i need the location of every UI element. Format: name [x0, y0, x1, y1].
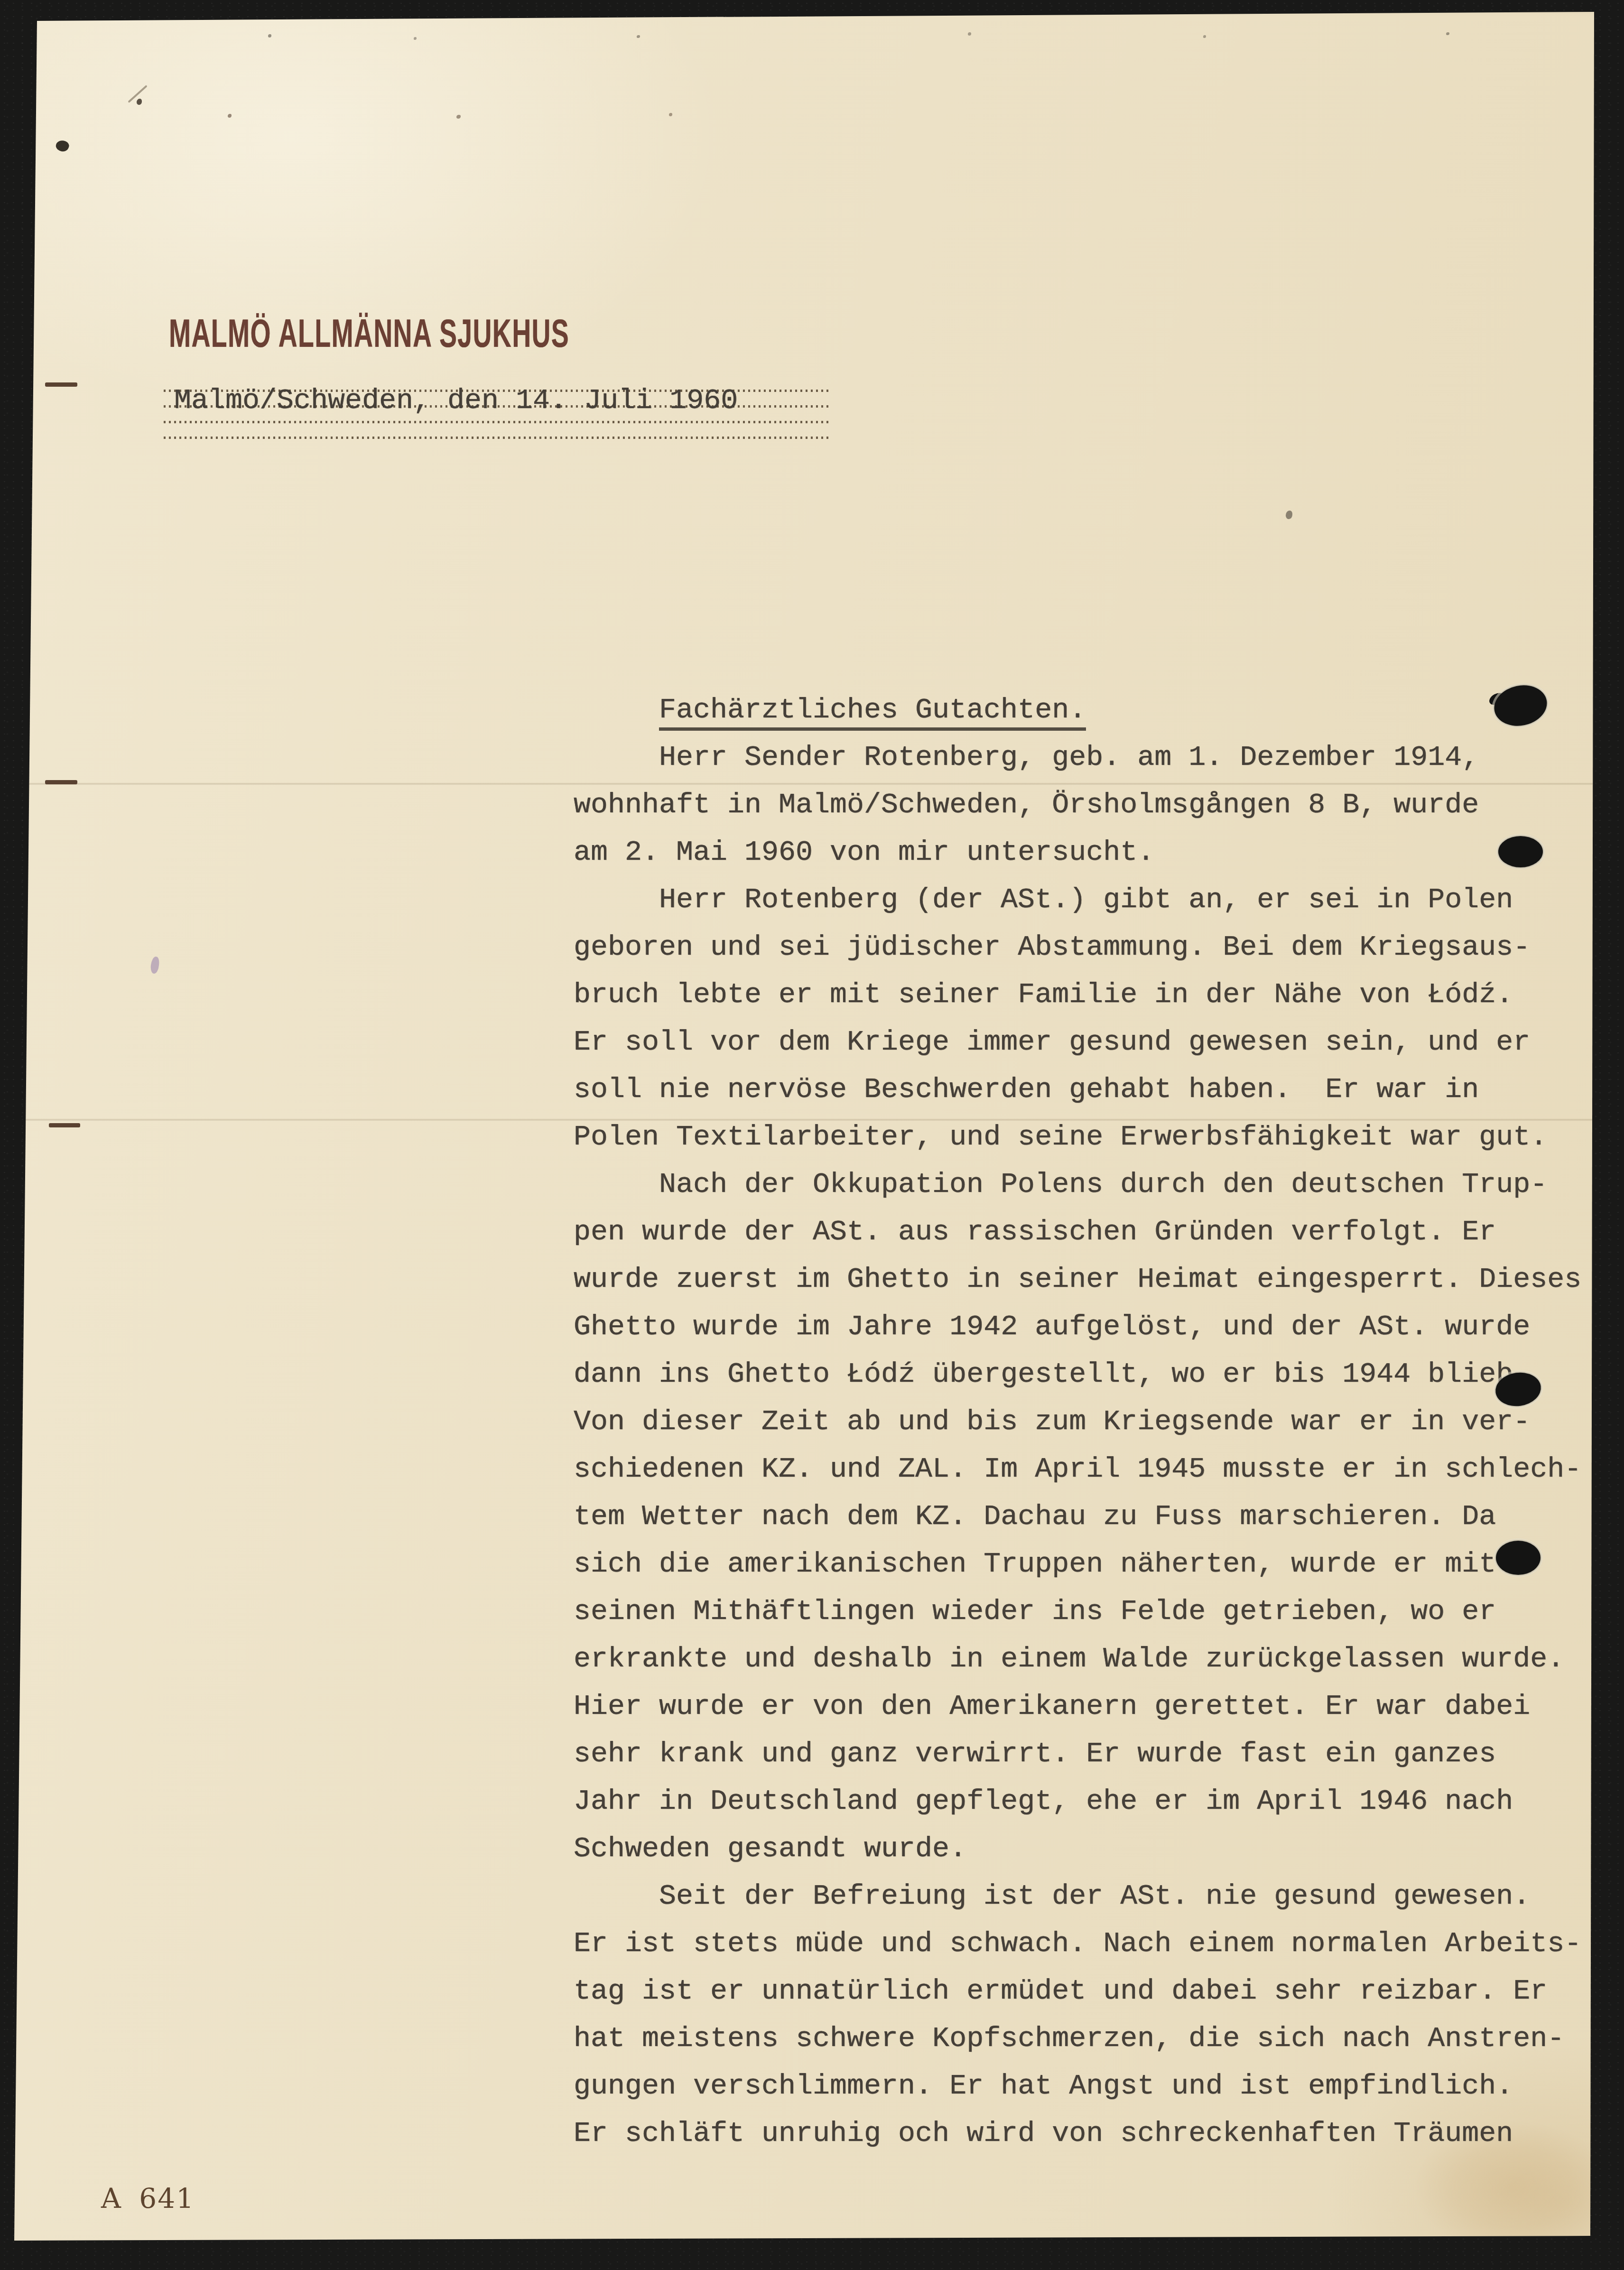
fold-mark [49, 1123, 80, 1127]
paper-speck [456, 115, 461, 119]
typed-line: Seit der Befreiung ist der ASt. nie gesu… [574, 1873, 1598, 1920]
hole-punch [1498, 836, 1543, 867]
typed-line: soll nie nervöse Beschwerden gehabt habe… [574, 1066, 1598, 1114]
typed-body: Fachärztliches Gutachten.Herr Sender Rot… [574, 687, 1598, 2158]
paper-speck [268, 34, 271, 37]
typed-line: am 2. Mai 1960 von mir untersucht. [574, 829, 1598, 876]
paper-sheet: MALMÖ ALLMÄNNA SJUKHUS Malmö/Schweden, d… [0, 0, 1624, 2270]
typed-line: Herr Sender Rotenberg, geb. am 1. Dezemb… [574, 734, 1598, 781]
typed-line: seinen Mithäftlingen wieder ins Felde ge… [574, 1588, 1598, 1636]
document-title: Fachärztliches Gutachten. [659, 694, 1086, 731]
typed-line: pen wurde der ASt. aus rassischen Gründe… [574, 1209, 1598, 1256]
paper-speck [228, 114, 232, 118]
hole-punch [1496, 1541, 1540, 1575]
typed-line: Er ist stets müde und schwach. Nach eine… [574, 1920, 1598, 1968]
typed-line: Schweden gesandt wurde. [574, 1825, 1598, 1873]
typed-line: Er soll vor dem Kriege immer gesund gewe… [574, 1019, 1598, 1066]
paper-speck [137, 99, 142, 105]
letterhead-hospital-name: MALMÖ ALLMÄNNA SJUKHUS [169, 313, 569, 353]
scanned-document-page: { "colors": { "scanner_background": "#19… [0, 0, 1624, 2270]
typed-line: gungen verschlimmern. Er hat Angst und i… [574, 2063, 1598, 2110]
paper-speck [637, 35, 640, 38]
fold-mark [45, 780, 77, 784]
typed-line: Von dieser Zeit ab und bis zum Kriegsend… [574, 1398, 1598, 1446]
typed-line: Herr Rotenberg (der ASt.) gibt an, er se… [574, 876, 1598, 924]
typed-line: Nach der Okkupation Polens durch den deu… [574, 1161, 1598, 1209]
typed-line: sich die amerikanischen Truppen näherten… [574, 1541, 1598, 1588]
typed-line: Er schläft unruhig och wird von schrecke… [574, 2110, 1598, 2158]
fold-mark [45, 382, 77, 387]
document-title-line: Fachärztliches Gutachten. [574, 687, 1598, 734]
dateline: Malmö/Schweden, den 14. Juli 1960 [174, 377, 738, 425]
typed-line: geboren und sei jüdischer Abstammung. Be… [574, 924, 1598, 971]
paper-speck [968, 32, 971, 36]
typed-line: bruch lebte er mit seiner Familie in der… [574, 971, 1598, 1019]
typed-line: tem Wetter nach dem KZ. Dachau zu Fuss m… [574, 1493, 1598, 1541]
paper-speck [669, 113, 672, 116]
typed-line: wohnhaft in Malmö/Schweden, Örsholmsgång… [574, 781, 1598, 829]
paper-speck [55, 139, 71, 153]
dotted-rule [164, 437, 829, 439]
paper-speck [1203, 35, 1206, 38]
typed-line: sehr krank und ganz verwirrt. Er wurde f… [574, 1730, 1598, 1778]
typed-line: Hier wurde er von den Amerikanern gerett… [574, 1683, 1598, 1730]
typed-line: Jahr in Deutschland gepflegt, ehe er im … [574, 1778, 1598, 1825]
typed-line: wurde zuerst im Ghetto in seiner Heimat … [574, 1256, 1598, 1303]
typed-line: hat meistens schwere Kopfschmerzen, die … [574, 2015, 1598, 2063]
typed-line: Polen Textilarbeiter, und seine Erwerbsf… [574, 1114, 1598, 1161]
paper-speck [1286, 511, 1292, 519]
stamp-smudge [150, 956, 159, 974]
typed-line: Ghetto wurde im Jahre 1942 aufgelöst, un… [574, 1303, 1598, 1351]
paper-speck [1446, 32, 1449, 35]
typed-line: dann ins Ghetto Łódź übergestellt, wo er… [574, 1351, 1598, 1398]
typed-line: schiedenen KZ. und ZAL. Im April 1945 mu… [574, 1446, 1598, 1493]
typed-line: erkrankte und deshalb in einem Walde zur… [574, 1636, 1598, 1683]
typed-line: tag ist er unnatürlich ermüdet und dabei… [574, 1968, 1598, 2015]
paper-speck [414, 37, 417, 40]
footer-reference: A 641 [101, 2182, 195, 2215]
